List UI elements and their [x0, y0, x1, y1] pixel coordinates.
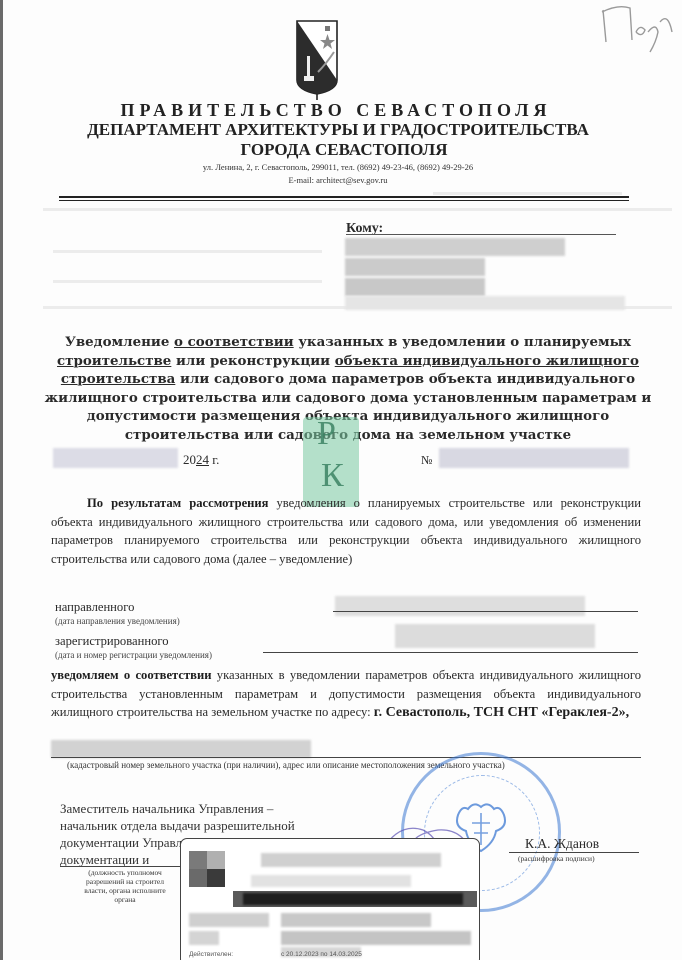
sent-line [333, 611, 638, 612]
department-address: ул. Ленина, 2, г. Севастополь, 299011, т… [0, 162, 679, 172]
sent-caption: (дата направления уведомления) [55, 616, 180, 626]
department-email: E-mail: architect@sev.gov.ru [0, 175, 679, 185]
government-title: ПРАВИТЕЛЬСТВО СЕВАСТОПОЛЯ [0, 100, 677, 121]
name-line [509, 852, 639, 853]
electronic-signature-box: Действителен: с 20.12.2023 по 14.03.2025 [180, 838, 480, 960]
number-label: № [421, 453, 432, 468]
city-title: ГОРОДА СЕВАСТОПОЛЯ [3, 140, 682, 160]
registered-value-redacted [395, 624, 595, 648]
signatory-name: К.А. Жданов [525, 836, 599, 852]
coat-of-arms-icon [296, 20, 338, 102]
header-rule [59, 196, 629, 198]
notify-paragraph: уведомляем о соответствии указанных в ув… [51, 666, 641, 723]
recipient-line [346, 234, 616, 235]
show-through [43, 208, 672, 211]
position-line [60, 866, 185, 867]
sent-label: направленного [55, 600, 134, 615]
results-paragraph: По результатам рассмотрения уведомления … [51, 494, 641, 568]
department-title: ДЕПАРТАМЕНТ АРХИТЕКТУРЫ И ГРАДОСТРОИТЕЛЬ… [0, 120, 679, 140]
handwritten-note-icon [598, 2, 678, 57]
header-rule-thin [59, 200, 629, 201]
show-through [53, 280, 322, 283]
date-year: 2024 г. [183, 452, 219, 468]
date-redacted [53, 448, 178, 468]
registered-caption: (дата и номер регистрации уведомления) [55, 650, 212, 660]
show-through [53, 250, 322, 253]
registered-line [263, 652, 638, 653]
number-redacted [439, 448, 629, 468]
cadastral-redacted [51, 740, 311, 758]
position-caption: (должность уполномоч разрешений на строи… [65, 868, 185, 904]
document-page: ПРАВИТЕЛЬСТВО СЕВАСТОПОЛЯ ДЕПАРТАМЕНТ АР… [0, 0, 682, 960]
name-caption: (расшифровка подписи) [518, 854, 595, 863]
sent-value-redacted [335, 596, 585, 616]
cadastral-line [51, 757, 641, 758]
show-through [433, 192, 622, 195]
registered-label: зарегистрированного [55, 634, 169, 649]
